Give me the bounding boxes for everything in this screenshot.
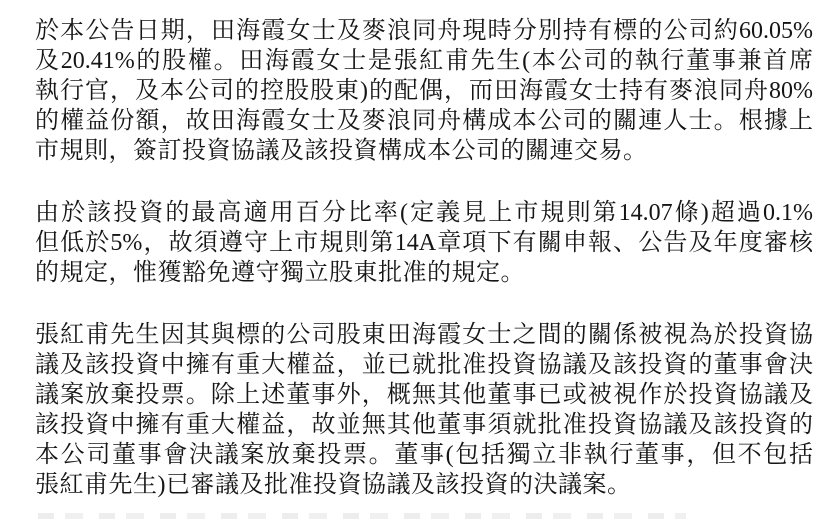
paragraph-board-abstention: 張紅甫先生因其與標的公司股東田海霞女士之間的關係被視為於投資協 議及該投資中擁有… xyxy=(35,320,813,500)
text-line: 執行官，及本公司的控股股東)的配偶，而田海霞女士持有麥浪同舟80% xyxy=(35,76,813,106)
text-line: 的權益份額，故田海霞女士及麥浪同舟構成本公司的關連人士。根據上 xyxy=(35,106,813,136)
text-line: 本公司董事會決議案放棄投票。董事(包括獨立非執行董事，但不包括 xyxy=(35,440,813,470)
text-line: 議及該投資中擁有重大權益，並已就批准投資協議及該投資的董事會決 xyxy=(35,350,813,380)
text-line: 但低於5%，故須遵守上市規則第14A章項下有關申報、公告及年度審核 xyxy=(35,228,813,258)
text-line: 於本公告日期，田海霞女士及麥浪同舟現時分別持有標的公司約60.05% xyxy=(35,16,813,46)
paragraph-listing-rules: 由於該投資的最高適用百分比率(定義見上市規則第14.07條)超過0.1% 但低於… xyxy=(35,198,813,288)
document-page: 於本公告日期，田海霞女士及麥浪同舟現時分別持有標的公司約60.05% 及20.4… xyxy=(0,0,836,520)
text-line: 及20.41%的股權。田海霞女士是張紅甫先生(本公司的執行董事兼首席 xyxy=(35,46,813,76)
text-line: 由於該投資的最高適用百分比率(定義見上市規則第14.07條)超過0.1% xyxy=(35,198,813,228)
text-line: 該投資中擁有重大權益，故並無其他董事須就批准投資協議及該投資的 xyxy=(35,410,813,440)
text-line: 議案放棄投票。除上述董事外，概無其他董事已或被視作於投資協議及 xyxy=(35,380,813,410)
text-line: 張紅甫先生因其與標的公司股東田海霞女士之間的關係被視為於投資協 xyxy=(35,320,813,350)
text-line: 張紅甫先生)已審議及批准投資協議及該投資的決議案。 xyxy=(35,470,813,500)
text-line: 的規定，惟獲豁免遵守獨立股東批准的規定。 xyxy=(35,258,813,288)
text-line: 市規則，簽訂投資協議及該投資構成本公司的關連交易。 xyxy=(35,136,813,166)
truncated-next-line xyxy=(38,513,686,519)
paragraph-shareholding: 於本公告日期，田海霞女士及麥浪同舟現時分別持有標的公司約60.05% 及20.4… xyxy=(35,16,813,166)
